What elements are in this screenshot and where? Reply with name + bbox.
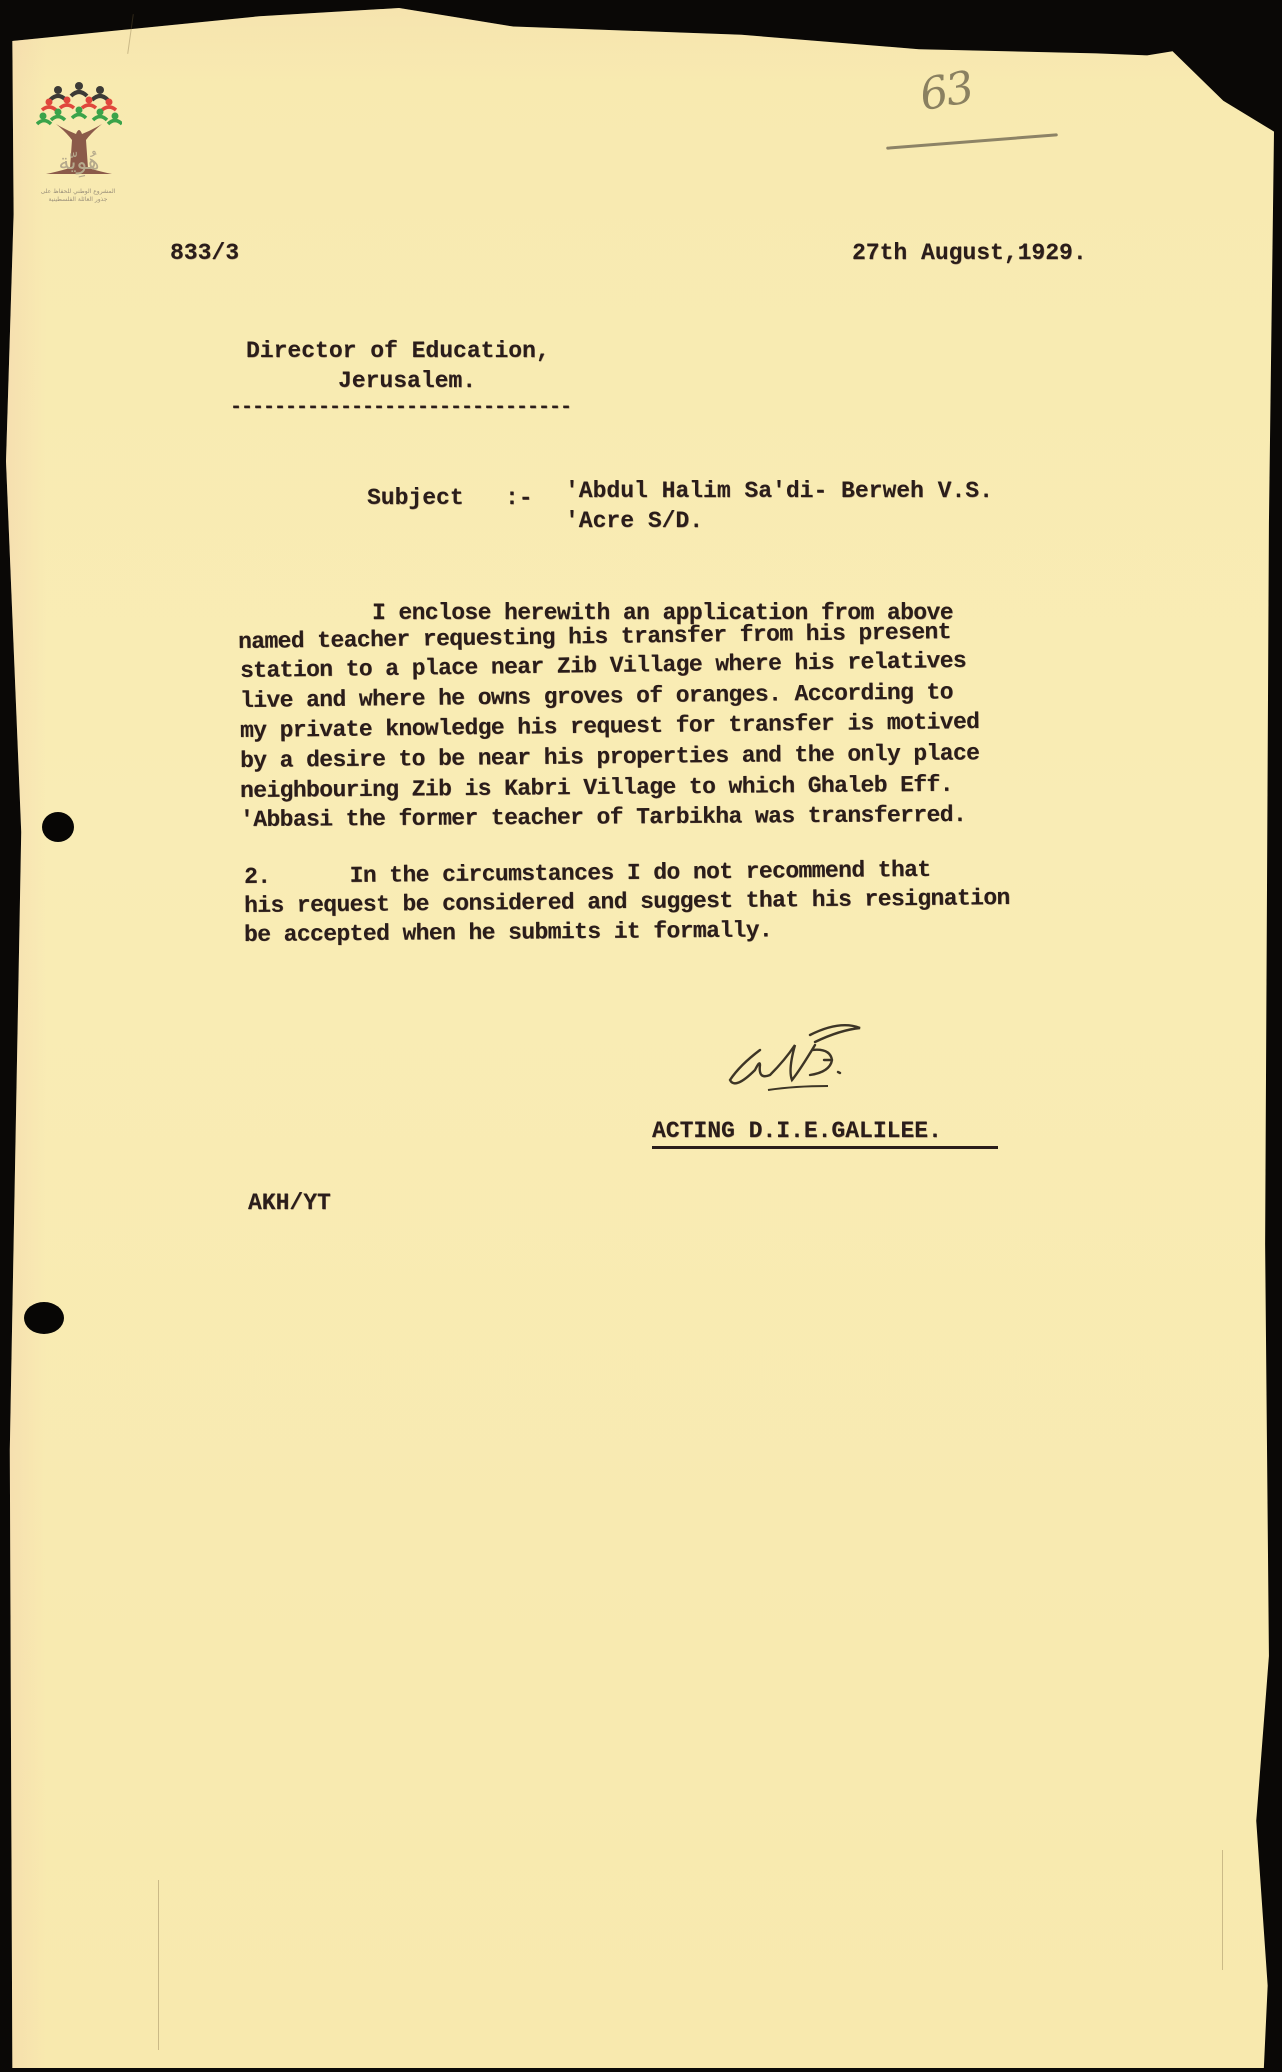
- body-line: 'Abbasi the former teacher of Tarbikha w…: [240, 802, 966, 833]
- file-reference: 833/3: [170, 240, 239, 266]
- subject-separator: :-: [505, 485, 533, 511]
- punch-hole: [42, 812, 74, 842]
- folio-number: 63: [916, 62, 976, 121]
- paper-crease: [1222, 1850, 1223, 1970]
- subject-line: 'Acre S/D.: [565, 508, 703, 534]
- body-line: be accepted when he submits it formally.: [244, 917, 772, 948]
- addressee-city: Jerusalem.: [338, 368, 476, 394]
- signatory-underline: [652, 1146, 998, 1149]
- addressee-rule: -------------------------------: [230, 396, 571, 419]
- archive-caption-line1: المشروع الوطني للحفاظ على: [28, 188, 128, 196]
- handwritten-signature: [720, 1020, 880, 1100]
- punch-hole: [24, 1302, 64, 1334]
- scanned-letter-page: [6, 8, 1274, 2068]
- typist-reference: AKH/YT: [248, 1190, 331, 1216]
- archive-caption-line2: جذور العائلة الفلسطينية: [28, 196, 128, 204]
- addressee-title: Director of Education,: [246, 338, 550, 364]
- tree-of-people-icon: [36, 50, 122, 210]
- archive-caption: المشروع الوطني للحفاظ على جذور العائلة ا…: [28, 188, 128, 204]
- subject-label: Subject: [367, 485, 464, 511]
- paper-crease: [158, 1880, 159, 2050]
- letter-date: 27th August,1929.: [852, 240, 1087, 266]
- archive-wordmark: هُوِيّة: [36, 150, 122, 175]
- subject-line: 'Abdul Halim Sa'di- Berweh V.S.: [565, 478, 993, 504]
- signatory-title: ACTING D.I.E.GALILEE.: [652, 1118, 942, 1144]
